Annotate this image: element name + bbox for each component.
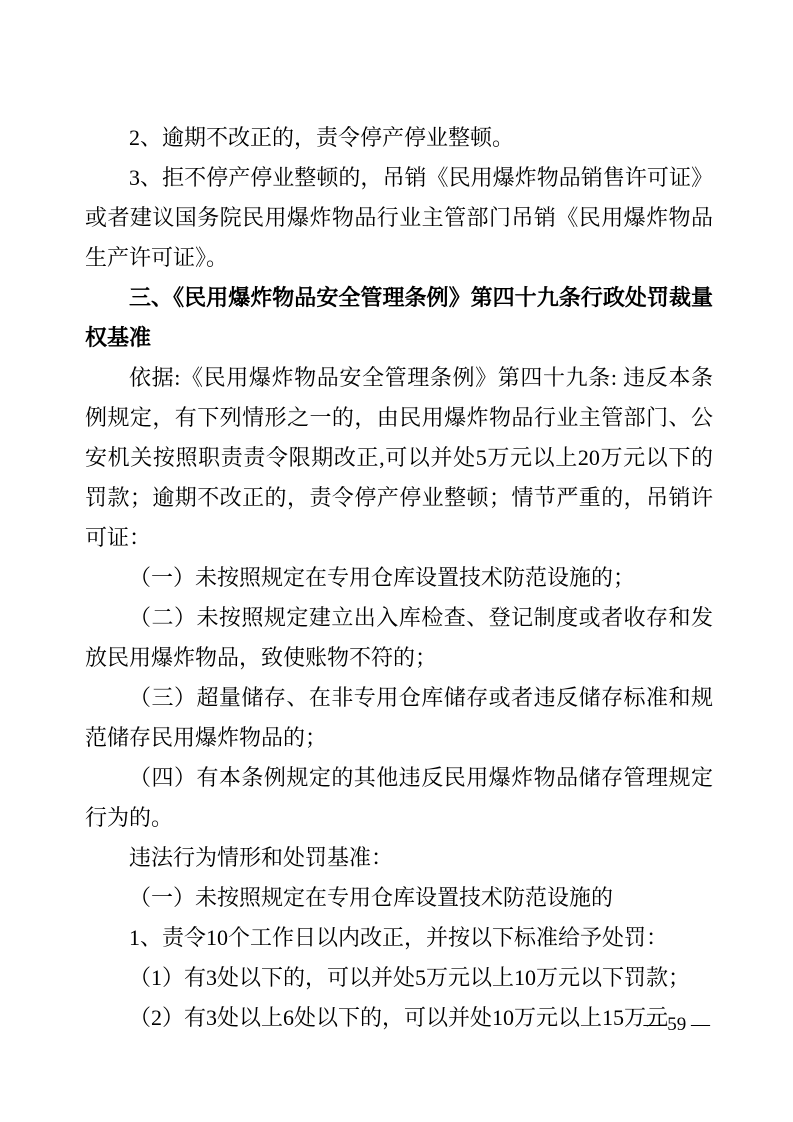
paragraph-item-3: （三）超量储存、在非专用仓库储存或者违反储存标准和规范储存民用爆炸物品的； xyxy=(85,678,713,758)
page-number: — 59 — xyxy=(644,1014,711,1035)
document-page: 2、逾期不改正的，责令停产停业整顿。 3、拒不停产停业整顿的，吊销《民用爆炸物品… xyxy=(0,0,793,1122)
paragraph-clause-3: 3、拒不停产停业整顿的，吊销《民用爆炸物品销售许可证》或者建议国务院民用爆炸物品… xyxy=(85,158,713,278)
paragraph-penalty-sub-1: （1）有3处以下的，可以并处5万元以上10万元以下罚款； xyxy=(85,958,713,998)
page-footer: — 59 — xyxy=(644,1012,711,1038)
paragraph-item-4: （四）有本条例规定的其他违反民用爆炸物品储存管理规定行为的。 xyxy=(85,758,713,838)
paragraph-situation-1: （一）未按照规定在专用仓库设置技术防范设施的 xyxy=(85,878,713,918)
paragraph-clause-2: 2、逾期不改正的，责令停产停业整顿。 xyxy=(85,118,713,158)
paragraph-item-2: （二）未按照规定建立出入库检查、登记制度或者收存和发放民用爆炸物品，致使账物不符… xyxy=(85,598,713,678)
document-body: 2、逾期不改正的，责令停产停业整顿。 3、拒不停产停业整顿的，吊销《民用爆炸物品… xyxy=(85,118,713,1038)
paragraph-basis-article-49: 依据:《民用爆炸物品安全管理条例》第四十九条: 违反本条例规定，有下列情形之一的… xyxy=(85,358,713,558)
paragraph-penalty-basis-intro: 违法行为情形和处罚基准： xyxy=(85,838,713,878)
paragraph-item-1: （一）未按照规定在专用仓库设置技术防范设施的； xyxy=(85,558,713,598)
paragraph-penalty-sub-2: （2）有3处以上6处以下的，可以并处10万元以上15万元 xyxy=(85,998,713,1038)
paragraph-penalty-rule-1: 1、责令10个工作日以内改正，并按以下标准给予处罚： xyxy=(85,918,713,958)
section-heading-article-49: 三、《民用爆炸物品安全管理条例》第四十九条行政处罚裁量权基准 xyxy=(85,278,713,358)
